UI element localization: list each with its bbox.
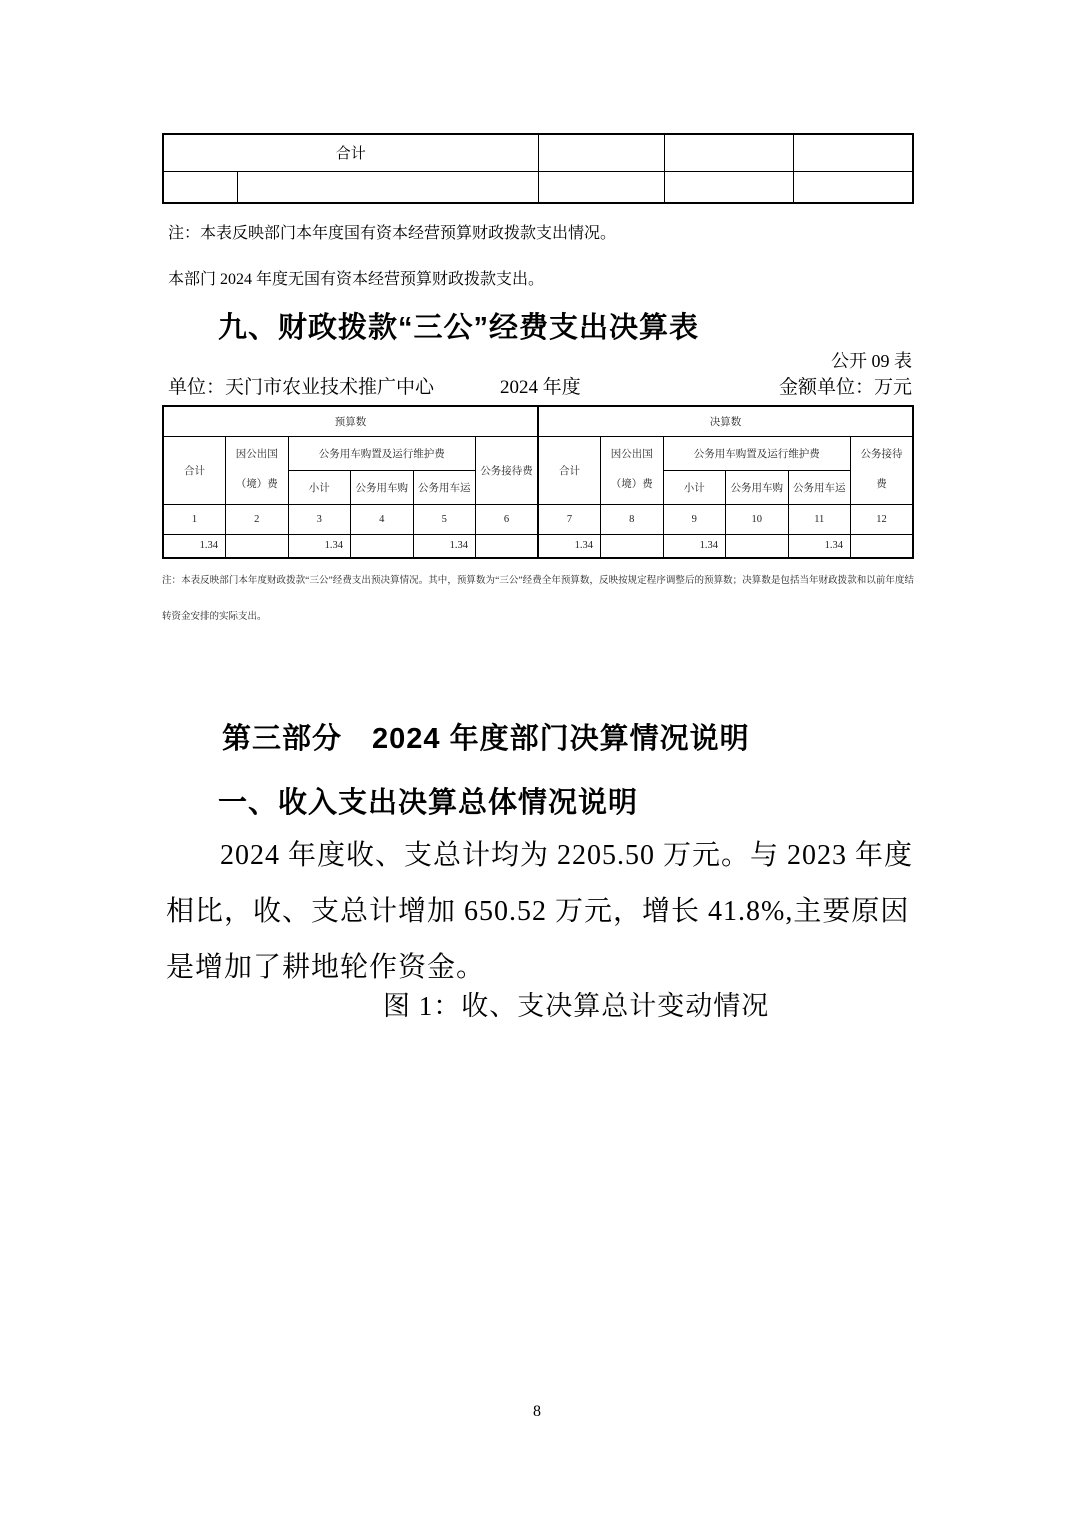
sangong-table-note: 注：本表反映部门本年度财政拨款“三公”经费支出预决算情况。其中，预算数为“三公”… [162, 563, 914, 635]
final-reception-header: 公务接待 费 [851, 436, 914, 504]
col-num: 2 [226, 504, 289, 534]
budget-abroad-header: 因公出国 （境）费 [226, 436, 289, 504]
final-group-header: 决算数 [538, 406, 913, 436]
paragraph-line: 相比，收、支总计增加 650.52 万元，增长 41.8%,主要原因 [166, 884, 914, 940]
group-header-row: 预算数 决算数 [163, 406, 913, 436]
budget-purchase-header: 公务用车购 [351, 470, 414, 504]
value-row: 1.34 1.34 1.34 1.34 1.34 1.34 [163, 534, 913, 558]
value-cell [351, 534, 414, 558]
figure1-caption: 图 1：收、支决算总计变动情况 [383, 984, 769, 1023]
col-num: 9 [663, 504, 726, 534]
budget-group-header: 预算数 [163, 406, 538, 436]
col-num: 6 [476, 504, 539, 534]
budget-reception-header: 公务接待费 [476, 436, 539, 504]
state-capital-table: 合计 [162, 133, 914, 204]
value-cell [601, 534, 664, 558]
paragraph-line: 2024 年度收、支总计均为 2205.50 万元。与 2023 年度 [166, 828, 914, 884]
value-cell: 1.34 [163, 534, 226, 558]
table-code-label: 公开 09 表 [831, 347, 912, 373]
budget-vehicle-group-header: 公务用车购置及运行维护费 [288, 436, 476, 470]
table-row [163, 171, 913, 203]
column-number-row: 1 2 3 4 5 6 7 8 9 10 11 12 [163, 504, 913, 534]
table-meta-row: 单位：天门市农业技术推广中心 2024 年度 金额单位：万元 [162, 372, 912, 396]
col-num: 11 [788, 504, 851, 534]
value-cell [226, 534, 289, 558]
empty-cell [163, 171, 237, 203]
empty-cell [538, 171, 664, 203]
value-cell: 1.34 [288, 534, 351, 558]
value-cell: 1.34 [663, 534, 726, 558]
value-cell: 1.34 [788, 534, 851, 558]
col-num: 3 [288, 504, 351, 534]
col-num: 4 [351, 504, 414, 534]
header-row: 合计 因公出国 （境）费 公务用车购置及运行维护费 公务接待费 合计 因公出国 … [163, 436, 913, 470]
year-label: 2024 年度 [500, 372, 581, 399]
final-purchase-header: 公务用车购 [726, 470, 789, 504]
sangong-note-line1: 注：本表反映部门本年度财政拨款“三公”经费支出预决算情况。其中，预算数为“三公”… [162, 576, 914, 586]
table-row: 合计 [163, 134, 913, 171]
final-abroad-header: 因公出国 （境）费 [601, 436, 664, 504]
value-cell [726, 534, 789, 558]
value-cell: 1.34 [538, 534, 601, 558]
empty-cell [793, 134, 913, 171]
state-capital-note: 注：本表反映部门本年度国有资本经营预算财政拨款支出情况。 [168, 220, 616, 243]
final-subtotal-header: 小计 [663, 470, 726, 504]
sangong-note-line2: 转资金安排的实际支出。 [162, 612, 267, 622]
col-num: 1 [163, 504, 226, 534]
page-number: 8 [0, 1403, 1074, 1421]
part3-section1-title: 一、收入支出决算总体情况说明 [218, 780, 638, 821]
final-operation-header: 公务用车运 [788, 470, 851, 504]
amount-unit-label: 金额单位：万元 [779, 372, 912, 399]
value-cell: 1.34 [413, 534, 476, 558]
empty-cell [664, 134, 793, 171]
unit-label: 单位：天门市农业技术推广中心 [168, 372, 434, 399]
col-num: 12 [851, 504, 914, 534]
no-expenditure-statement: 本部门 2024 年度无国有资本经营预算财政拨款支出。 [168, 266, 544, 289]
empty-cell [237, 171, 538, 203]
part3-title: 第三部分 2024 年度部门决算情况说明 [222, 716, 750, 757]
document-page: 合计 注：本表反映部门本年度国有资本经营预算财政拨款支出情况。 本部门 2024… [0, 0, 1074, 1520]
col-num: 8 [601, 504, 664, 534]
final-total-header: 合计 [538, 436, 601, 504]
empty-cell [793, 171, 913, 203]
budget-operation-header: 公务用车运 [413, 470, 476, 504]
col-num: 10 [726, 504, 789, 534]
empty-cell [538, 134, 664, 171]
value-cell [476, 534, 539, 558]
col-num: 7 [538, 504, 601, 534]
budget-total-header: 合计 [163, 436, 226, 504]
value-cell [851, 534, 914, 558]
empty-cell [664, 171, 793, 203]
final-vehicle-group-header: 公务用车购置及运行维护费 [663, 436, 851, 470]
total-cell: 合计 [163, 134, 538, 171]
sangong-expenses-table: 预算数 决算数 合计 因公出国 （境）费 公务用车购置及运行维护费 公务接待费 … [162, 405, 914, 559]
col-num: 5 [413, 504, 476, 534]
section9-title: 九、财政拨款“三公”经费支出决算表 [218, 305, 699, 346]
budget-subtotal-header: 小计 [288, 470, 351, 504]
summary-paragraph: 2024 年度收、支总计均为 2205.50 万元。与 2023 年度 相比，收… [166, 828, 914, 996]
